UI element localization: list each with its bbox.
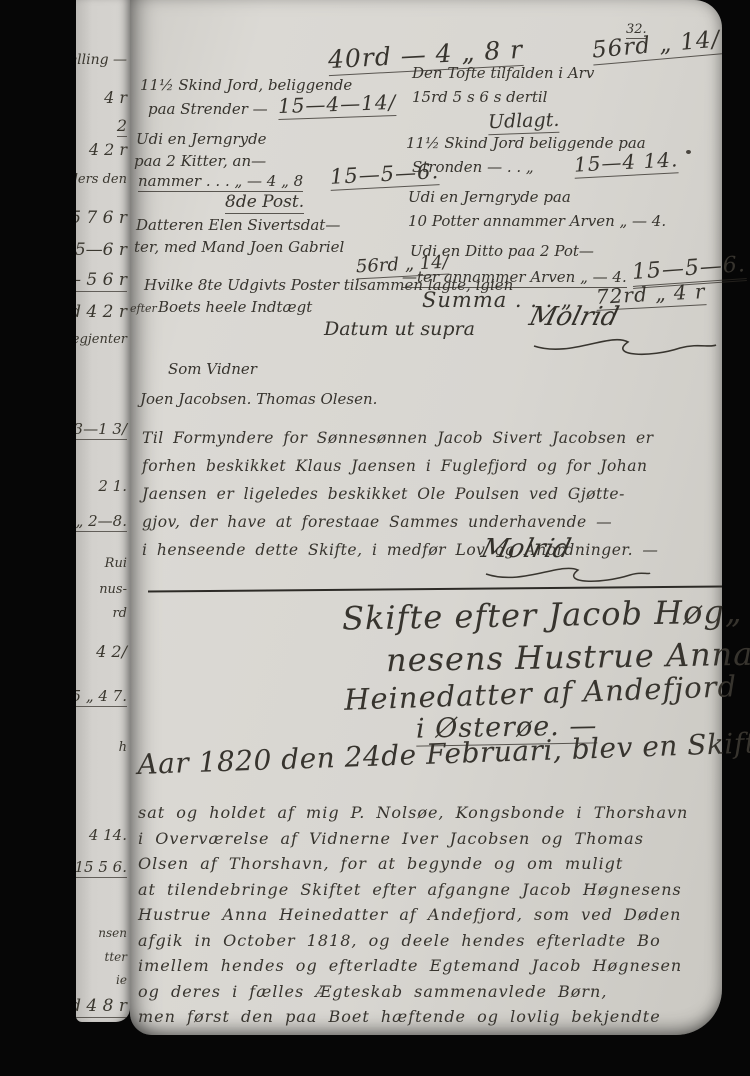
left-page-fragment: 2 1. bbox=[98, 477, 127, 495]
entry-line: 11½ Skind Jord, beliggende bbox=[140, 76, 352, 94]
entry-line: Udi en Ditto paa 2 Pot— bbox=[410, 242, 594, 260]
left-page-fragment: Rui bbox=[105, 556, 127, 571]
left-page-fragment: 5 „ 4 7. bbox=[76, 687, 127, 707]
entry-line: Datteren Elen Sivertsdat— bbox=[136, 216, 340, 234]
entry-line: Stronden — . . „ bbox=[412, 158, 534, 176]
paragraph-line: forhen beskikket Klaus Jaensen i Fuglefj… bbox=[142, 452, 658, 480]
witness-names: Joen Jacobsen. Thomas Olesen. bbox=[140, 390, 377, 408]
entry-amount: 15—5—6. bbox=[631, 252, 747, 289]
left-page-fragment: ie bbox=[116, 973, 127, 987]
left-page-fragment: 23—1 3/ bbox=[76, 420, 127, 440]
left-page-fragment: 7 „ 2—8. bbox=[76, 512, 127, 532]
left-page-fragment: 15rd 5 7 6 r bbox=[76, 208, 127, 228]
entry-amount: 15—4—14/ bbox=[278, 90, 397, 120]
paragraph-line: gjov, der have at forestaae Sammes under… bbox=[142, 508, 658, 536]
entry-line: paa Strender — bbox=[148, 100, 268, 118]
left-page-fragment: 4 r bbox=[104, 88, 127, 107]
left-page-edge: Helling — 4 r 2 4 2 r alders den 15rd 5 … bbox=[76, 0, 130, 1022]
signature-text: Molrid bbox=[478, 534, 655, 564]
left-page-fragment: 4 2 r bbox=[89, 140, 127, 159]
paragraph-line: i Overværelse af Vidnerne Iver Jacobsen … bbox=[138, 826, 688, 852]
entry-line: nammer . . . „ — 4 „ 8 bbox=[138, 172, 303, 192]
paragraph-line: imellem hendes og efterladte Egtemand Ja… bbox=[138, 953, 688, 979]
section-divider bbox=[148, 585, 722, 592]
paragraph-line: at tilendebringe Skiftet efter afgangne … bbox=[138, 877, 688, 903]
paragraph-line: Olsen af Thorshavn, for at begynde og om… bbox=[138, 851, 688, 877]
sum-line: Boets heele Indtægt bbox=[158, 298, 312, 316]
left-page-fragment: tter bbox=[105, 950, 127, 964]
left-page-fragment: 70rd 4 8 r bbox=[76, 996, 127, 1018]
left-page-fragment: 2 bbox=[117, 116, 127, 137]
left-page-fragment: 5 — 5 6 r bbox=[76, 270, 127, 292]
estate-heading-line: Skifte efter Jacob Høg„ bbox=[342, 593, 743, 638]
entry-amount: 15—4 14. bbox=[573, 147, 679, 178]
entry-line: ter, med Mand Joen Gabriel bbox=[134, 238, 344, 256]
document-scan: Helling — 4 r 2 4 2 r alders den 15rd 5 … bbox=[0, 0, 750, 1076]
manuscript-page: 32. 40rd — 4 „ 8 r 56rd „ 14/ 11½ Skind … bbox=[130, 0, 722, 1035]
witness-label: Som Vidner bbox=[168, 360, 257, 378]
udlagt-heading: Udlagt. bbox=[488, 109, 560, 135]
entry-line: Udi en Jerngryde bbox=[136, 130, 267, 148]
paragraph-line: Til Formyndere for Sønnesønnen Jacob Siv… bbox=[142, 424, 658, 452]
session-paragraph: sat og holdet af mig P. Nolsøe, Kongsbon… bbox=[138, 800, 688, 1030]
entry-line: Udi en Jerngryde paa bbox=[408, 188, 571, 206]
left-page-fragment: alders den bbox=[76, 172, 127, 187]
left-page-fragment: rd bbox=[112, 606, 127, 621]
signature-block: Molrid bbox=[530, 302, 720, 362]
signature-text: Molrid bbox=[526, 302, 723, 332]
datum-line: Datum ut supra bbox=[324, 318, 475, 340]
paragraph-line: Hustrue Anna Heinedatter af Andefjord, s… bbox=[138, 902, 688, 928]
entry-line: 10 Potter annammer Arven „ — 4. bbox=[408, 212, 666, 230]
left-page-fragment: Helling — bbox=[76, 52, 127, 68]
entry-line: —ter annammer Arven „ — 4. bbox=[402, 268, 627, 288]
carried-sum-right: 56rd „ 14/ bbox=[591, 26, 721, 65]
left-page-fragment: 4 2/ bbox=[96, 642, 127, 661]
left-page-fragment: — 8 15 5 6. bbox=[76, 858, 127, 878]
left-page-fragment: h bbox=[119, 740, 127, 755]
paragraph-line: Jaensen er ligeledes beskikket Ole Pouls… bbox=[142, 480, 658, 508]
ink-blot bbox=[686, 150, 691, 154]
left-page-fragment: nsen bbox=[98, 926, 127, 940]
signature-block: Molrid bbox=[482, 534, 652, 588]
left-page-fragment: Megjenter bbox=[76, 332, 127, 347]
entry-line: 11½ Skind Jord beliggende paa bbox=[406, 134, 646, 152]
entry-line: 15rd 5 s 6 s dertil bbox=[412, 88, 547, 106]
paragraph-line: og deres i fælles Ægteskab sammenavlede … bbox=[138, 979, 688, 1005]
left-page-fragment: 5 — 5—6 r bbox=[76, 240, 127, 260]
margin-word: efter bbox=[130, 302, 157, 315]
entry-line: Den Tofte tilfalden i Arv bbox=[412, 64, 594, 82]
left-page-fragment: nus- bbox=[99, 582, 127, 597]
left-page-fragment: d 4 2 r bbox=[76, 302, 127, 322]
left-page-fragment: 4 14. bbox=[89, 826, 127, 844]
paragraph-line: men først den paa Boet hæftende og lovli… bbox=[138, 1004, 688, 1030]
post-heading: 8de Post. bbox=[225, 192, 304, 214]
paragraph-line: sat og holdet af mig P. Nolsøe, Kongsbon… bbox=[138, 800, 688, 826]
entry-line: paa 2 Kitter, an— bbox=[134, 152, 266, 170]
paragraph-line: afgik in October 1818, og deele hendes e… bbox=[138, 928, 688, 954]
